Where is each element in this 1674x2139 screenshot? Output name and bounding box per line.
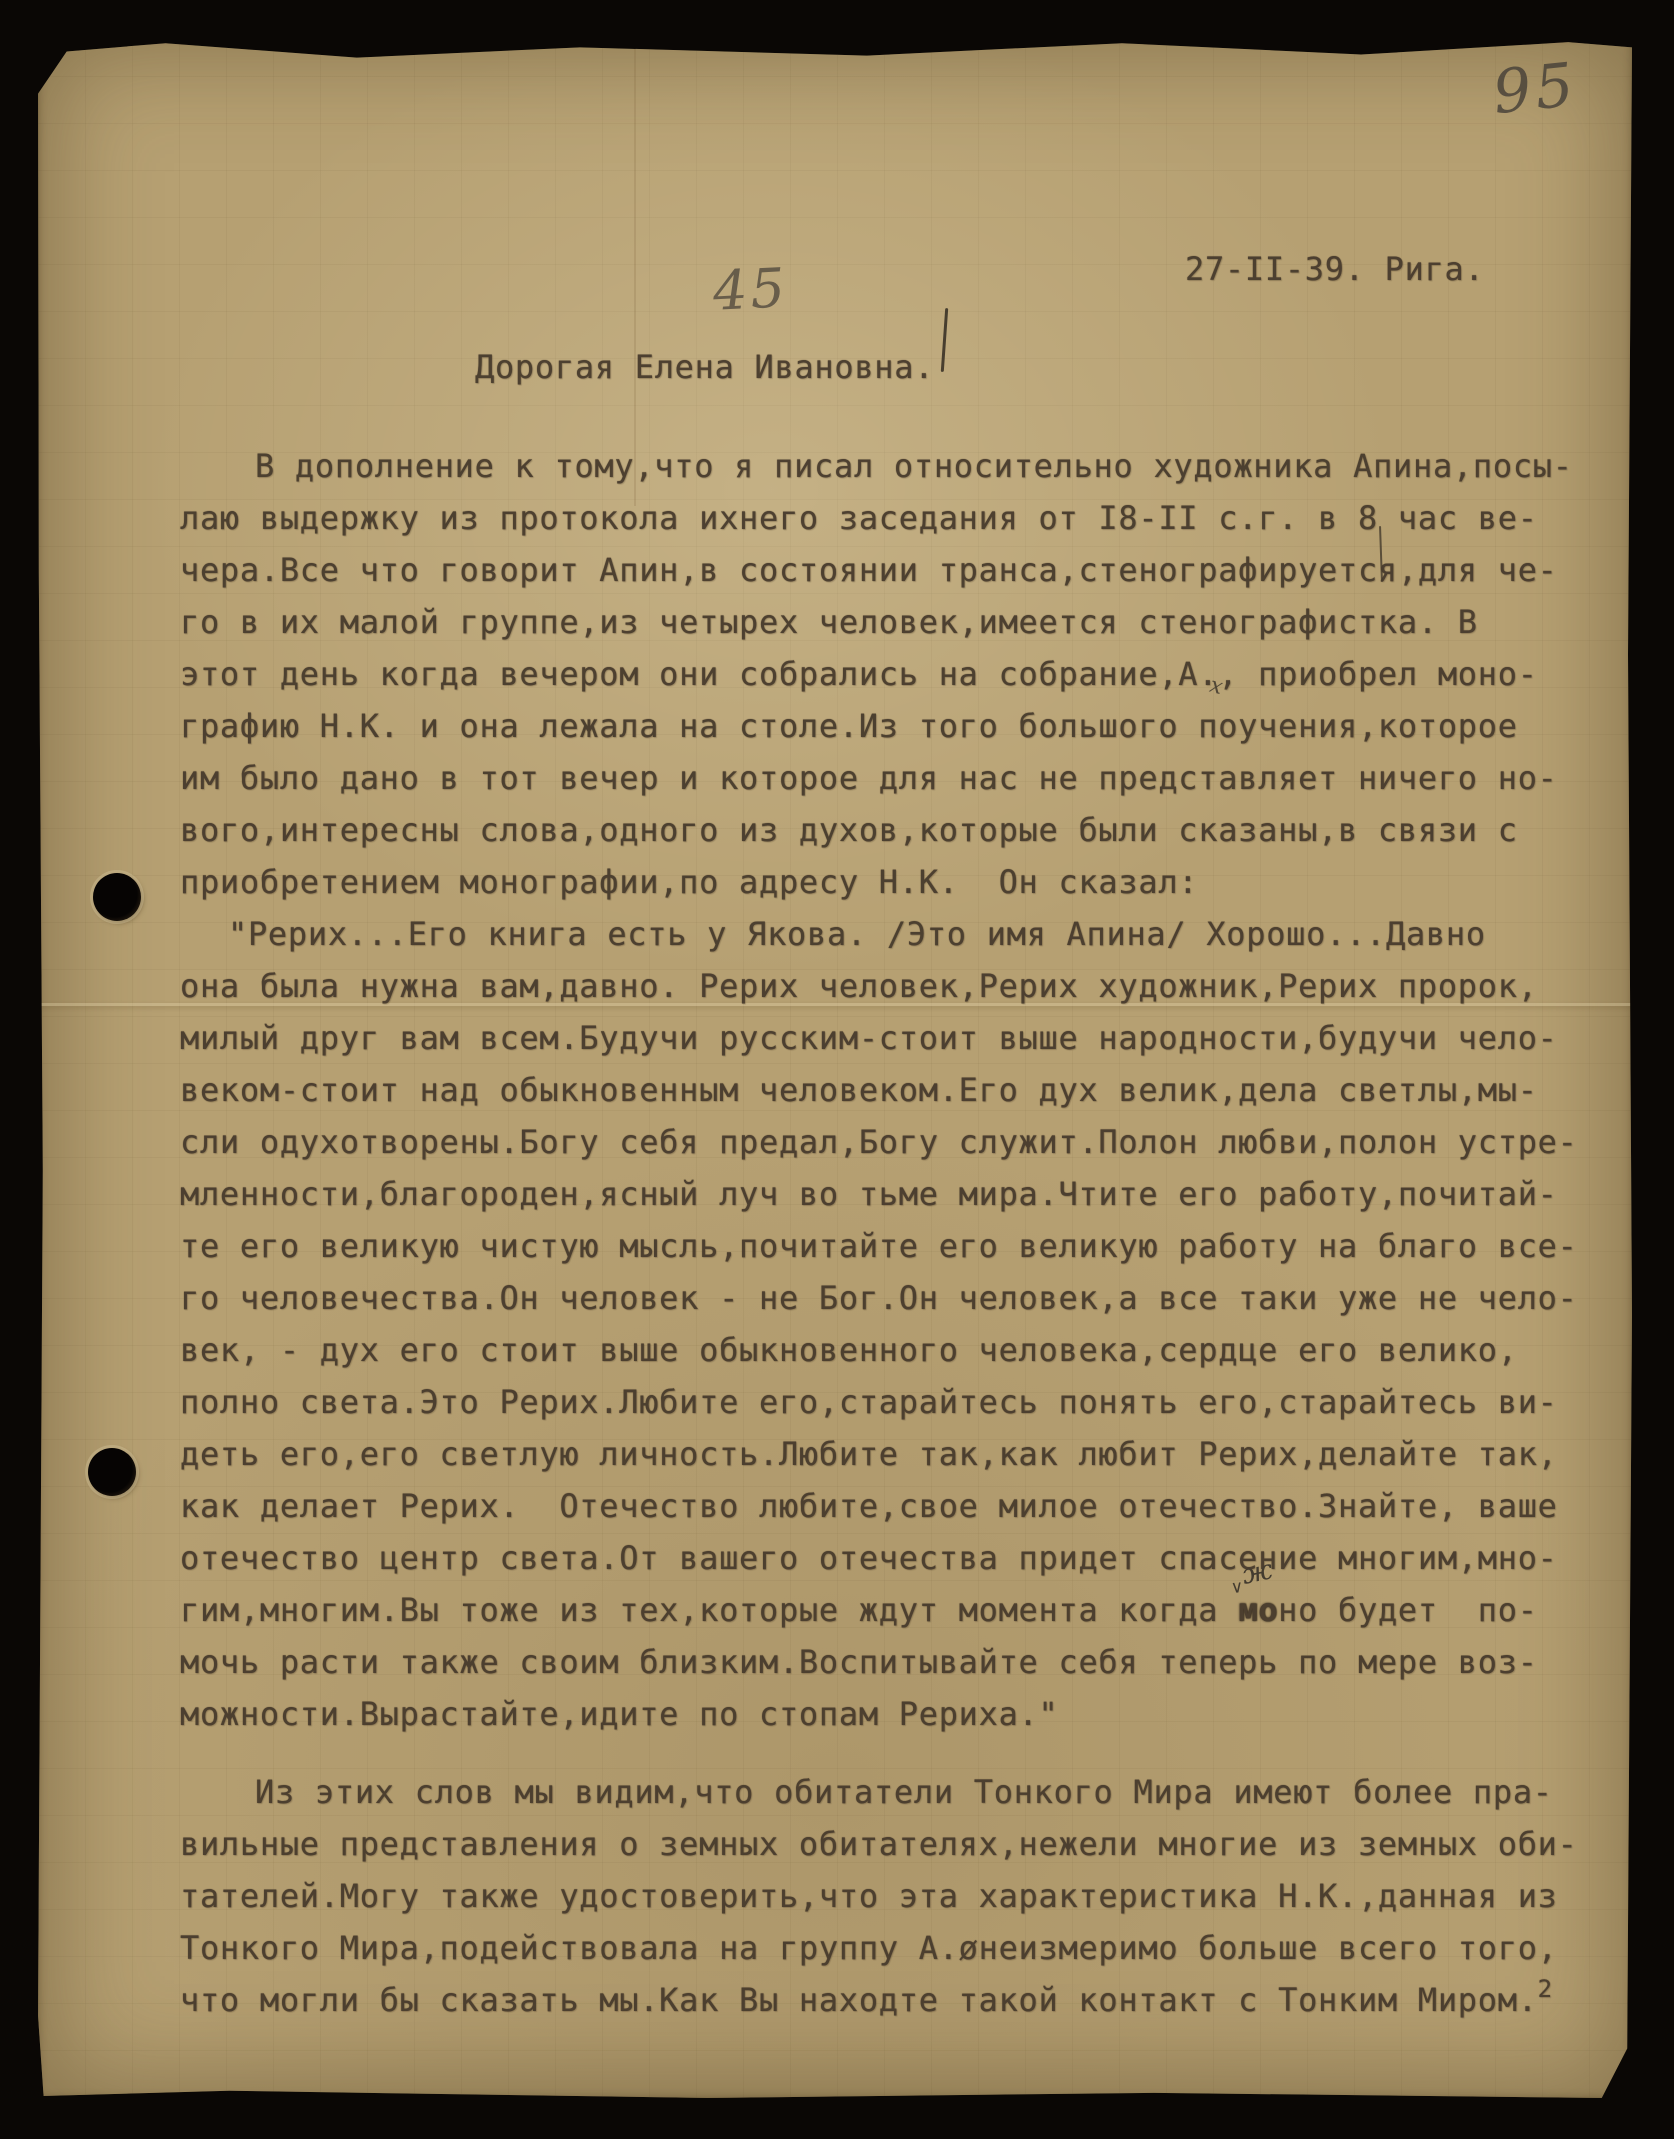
scan-background: { "annotations": { "corner_number": "95"… [0,0,1674,2139]
typed-line: те его великую чистую мысль,почитайте ег… [180,1220,1600,1272]
typed-line: век, - дух его стоит выше обыкновенного … [180,1324,1600,1376]
date-place-line: 27-II-39. Рига. [1185,250,1484,288]
typed-line: она была нужна вам,давно. Рерих человек,… [180,960,1600,1012]
paragraph-1: В дополнение к тому,что я писал относите… [180,440,1600,908]
typed-line: можности.Вырастайте,идите по стопам Рери… [180,1688,1600,1740]
handwritten-archive-number: 45 [711,256,789,323]
pen-stroke-mark [941,308,948,372]
typed-line: чера.Все что говорит Апин,в состоянии тр… [180,544,1600,596]
typed-line: мленности,благороден,ясный луч во тьме м… [180,1168,1600,1220]
typed-line: полно света.Это Рерих.Любите его,старайт… [180,1376,1600,1428]
typed-line: веком-стоит над обыкновенным человеком.Е… [180,1064,1600,1116]
handwritten-insertion: ж [1240,1556,1276,1589]
salutation: Дорогая Елена Ивановна. [475,348,934,386]
correction-post-text: но будет по- [1278,1591,1538,1629]
typed-line: как делает Рерих. Отечество любите,свое … [180,1480,1600,1532]
typed-line: лаю выдержку из протокола ихнего заседан… [180,492,1600,544]
hole-punch-bottom [88,1448,136,1496]
typed-line: тателей.Могу также удостоверить,что эта … [180,1870,1600,1922]
typed-line: приобретением монографии,по адресу Н.К. … [180,856,1600,908]
letter-sheet: 95 45 х 27-II-39. Рига. Дорогая Елена Ив… [38,36,1632,2098]
correction-pre-text: гим,многим.Вы тоже из тех,которые ждут м… [180,1591,1238,1629]
typed-line: вого,интересны слова,одного из духов,кот… [180,804,1600,856]
letter-body: В дополнение к тому,что я писал относите… [180,440,1600,2026]
paragraph-2-quote: "Рерих...Его книга есть у Якова. /Это им… [180,908,1600,1584]
overstruck-text: мо [1238,1591,1278,1629]
typed-line: сли одухотворены.Богу себя предал,Богу с… [180,1116,1600,1168]
typed-line: "Рерих...Его книга есть у Якова. /Это им… [180,908,1600,960]
handwritten-page-number: 95 [1490,50,1581,128]
paper-crease-vertical [634,36,636,506]
superscript-note: 2 [1538,1975,1552,2003]
typed-line: этот день когда вечером они собрались на… [180,648,1600,700]
paragraph-3: Из этих слов мы видим,что обитатели Тонк… [180,1766,1600,1974]
typed-line: го человечества.Он человек - не Бог.Он ч… [180,1272,1600,1324]
typed-line: мочь расти также своим близким.Воспитыва… [180,1636,1600,1688]
typed-line: вильные представления о земных обитателя… [180,1818,1600,1870]
typed-line: им было дано в тот вечер и которое для н… [180,752,1600,804]
paragraph-2-quote-end: мочь расти также своим близким.Воспитыва… [180,1636,1600,1740]
typed-line: Тонкого Мира,подействовала на группу А.ø… [180,1922,1600,1974]
typed-line-with-correction: гим,многим.Вы тоже из тех,которые ждут м… [180,1584,1600,1636]
typed-line: го в их малой группе,из четырех человек,… [180,596,1600,648]
typed-line: В дополнение к тому,что я писал относите… [180,440,1600,492]
typed-line: деть его,его светлую личность.Любите так… [180,1428,1600,1480]
closing-line-text: что могли бы сказать мы.Как Вы находте т… [180,1981,1538,2019]
overstruck-chars: мож [1238,1591,1278,1629]
closing-line: что могли бы сказать мы.Как Вы находте т… [180,1974,1600,2026]
typed-line: графию Н.К. и она лежала на столе.Из тог… [180,700,1600,752]
typed-line: Из этих слов мы видим,что обитатели Тонк… [180,1766,1600,1818]
hole-punch-top [93,873,141,921]
typed-line: милый друг вам всем.Будучи русским-стоит… [180,1012,1600,1064]
typed-line: отечество центр света.От вашего отечеств… [180,1532,1600,1584]
